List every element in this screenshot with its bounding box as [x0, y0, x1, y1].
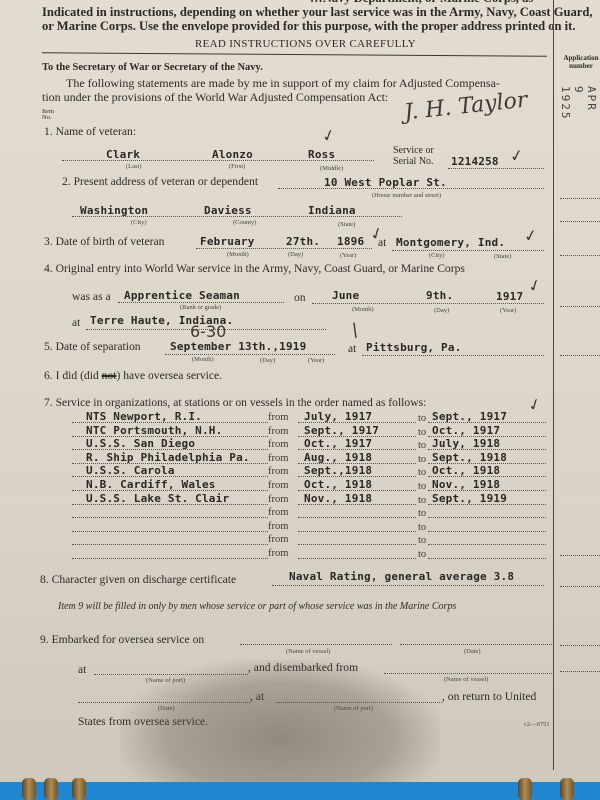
serial-number: 1214258	[451, 155, 499, 168]
service-to: Oct., 1917	[432, 424, 500, 437]
caption: (Year)	[340, 252, 356, 259]
address-state: Indiana	[308, 204, 356, 217]
birth-month: February	[200, 235, 255, 248]
from-line	[298, 558, 416, 559]
birth-place: Montgomery, Ind.	[396, 236, 505, 249]
service-place: N.B. Cardiff, Wales	[86, 478, 216, 491]
on-text: on	[294, 291, 306, 304]
item-6-before: 6. I did (did	[44, 369, 102, 382]
return-text: , on return to United	[442, 690, 536, 703]
service-row: R. Ship Philadelphia Pa.fromAug., 1918to…	[72, 451, 546, 465]
from-label: from	[268, 412, 288, 423]
service-row: fromto	[72, 519, 546, 533]
birth-place-line	[392, 250, 544, 251]
from-label: from	[268, 426, 288, 437]
item-4-label: 4. Original entry into World War service…	[44, 262, 465, 275]
caption: (Year)	[500, 307, 516, 314]
salutation: To the Secretary of War or Secretary of …	[42, 62, 263, 73]
service-from: July, 1917	[304, 410, 372, 423]
from-label: from	[268, 507, 288, 518]
instructions-heading: READ INSTRUCTIONS OVER CAREFULLY	[195, 38, 416, 50]
application-number-label: Application number	[560, 54, 600, 70]
service-row: fromto	[72, 546, 546, 560]
binder-ring	[22, 778, 36, 800]
to-label: to	[418, 549, 426, 560]
street-caption: (House number and street)	[372, 192, 441, 199]
caption: (Name of vessel)	[444, 676, 488, 683]
to-label: to	[418, 440, 426, 451]
rank-line	[118, 302, 284, 303]
state-caption: (State)	[338, 221, 355, 228]
separation-place: Pittsburg, Pa.	[366, 341, 462, 354]
birth-day: 27th.	[286, 235, 320, 248]
item-6-after: ) have oversea service.	[116, 369, 222, 382]
item-3-label: 3. Date of birth of veteran	[44, 235, 164, 248]
last-caption: (Last)	[126, 163, 142, 170]
to-label: to	[418, 508, 426, 519]
right-margin-rule	[553, 0, 554, 770]
margin-line	[560, 355, 600, 356]
margin-line	[560, 306, 600, 307]
to-label: to	[418, 427, 426, 438]
service-to: Nov., 1918	[432, 478, 500, 491]
to-line	[428, 558, 546, 559]
service-from: Sept., 1917	[304, 424, 379, 437]
place-line	[72, 558, 268, 559]
service-to: July, 1918	[432, 437, 500, 450]
discharge-character: Naval Rating, general average 3.8	[289, 570, 514, 583]
separation-date: September 13th.,1919	[170, 340, 306, 353]
was-as-text: was as a	[72, 290, 111, 303]
service-place: U.S.S. Carola	[86, 464, 175, 477]
service-from: Oct., 1918	[304, 478, 372, 491]
serial-label-2: Serial No.	[393, 156, 434, 167]
from-label: from	[268, 466, 288, 477]
service-row: NTS Newport, R.I.fromJuly, 1917toSept., …	[72, 410, 546, 424]
item-2-label: 2. Present address of veteran or depende…	[62, 175, 258, 188]
photo-shadow	[120, 660, 440, 790]
binder-ring	[44, 778, 58, 800]
caption: (Date)	[464, 648, 481, 655]
item-9-at: at	[78, 663, 86, 676]
margin-line	[560, 555, 600, 556]
service-place: NTC Portsmouth, N.H.	[86, 424, 222, 437]
service-to: Sept., 1918	[432, 451, 507, 464]
received-date-stamp: APR 9 1925	[559, 86, 598, 120]
caption: (City)	[429, 252, 445, 259]
item-9-note: Item 9 will be filled in only by men who…	[58, 601, 456, 612]
margin-line	[560, 671, 600, 672]
from-label: from	[268, 521, 288, 532]
item-5-label: 5. Date of separation	[44, 340, 141, 353]
from-label: from	[268, 439, 288, 450]
service-row: U.S.S. Lake St. ClairfromNov., 1918toSep…	[72, 492, 546, 506]
header-line-2: or Marine Corps. Use the envelope provid…	[42, 19, 576, 34]
margin-line	[560, 221, 600, 222]
service-place: NTS Newport, R.I.	[86, 410, 202, 423]
to-label: to	[418, 522, 426, 533]
birth-date-line	[196, 248, 372, 249]
struck-word: not	[102, 369, 117, 382]
date-line	[400, 644, 554, 645]
margin-line	[560, 645, 600, 646]
county-caption: (County)	[233, 219, 256, 226]
caption: (Rank or grade)	[180, 304, 221, 311]
caption: (Name of vessel)	[286, 648, 330, 655]
caption: (Day)	[260, 357, 275, 364]
item-7-label: 7. Service in organizations, at stations…	[44, 396, 426, 409]
binder-ring	[518, 778, 532, 800]
middle-caption: (Middle)	[320, 165, 343, 172]
caption: (Month)	[227, 251, 249, 258]
service-from: Oct., 1917	[304, 437, 372, 450]
to-label: to	[418, 454, 426, 465]
address-county: Daviess	[204, 204, 252, 217]
entry-at: at	[72, 316, 80, 329]
separation-at: at	[348, 342, 356, 355]
service-from: Sept.,1918	[304, 464, 372, 477]
caption: (State)	[494, 253, 511, 260]
service-place: R. Ship Philadelphia Pa.	[86, 451, 250, 464]
form-number: c2—6751	[524, 721, 550, 728]
item-no-label: Item No.	[42, 109, 56, 121]
caption: (Month)	[192, 356, 214, 363]
veteran-first-name: Alonzo	[212, 148, 253, 161]
to-label: to	[418, 413, 426, 424]
service-place: U.S.S. San Diego	[86, 437, 195, 450]
service-row: fromto	[72, 532, 546, 546]
entry-year: 1917	[496, 290, 523, 303]
from-label: from	[268, 494, 288, 505]
service-row: N.B. Cardiff, WalesfromOct., 1918toNov.,…	[72, 478, 546, 492]
birth-year: 1896	[337, 235, 364, 248]
character-line	[272, 585, 544, 586]
intro-paragraph-line-2: tion under the provisions of the World W…	[42, 90, 388, 105]
margin-line	[560, 198, 600, 199]
from-label: from	[268, 480, 288, 491]
separation-date-line	[165, 354, 335, 355]
service-to: Oct., 1918	[432, 464, 500, 477]
intro-paragraph-line-1: The following statements are made by me …	[66, 76, 500, 91]
caption: (Year)	[308, 357, 324, 364]
from-label: from	[268, 548, 288, 559]
item-9-label: 9. Embarked for oversea service on	[40, 633, 204, 646]
entry-date-line	[312, 303, 544, 304]
service-to: Sept., 1917	[432, 410, 507, 423]
veteran-last-name: Clark	[106, 148, 140, 161]
caption: (Day)	[288, 251, 303, 258]
item-8-label: 8. Character given on discharge certific…	[40, 573, 236, 586]
service-to: Sept., 1919	[432, 492, 507, 505]
entry-month: June	[332, 289, 359, 302]
to-label: to	[418, 467, 426, 478]
city-caption: (City)	[131, 219, 147, 226]
binder-ring	[72, 778, 86, 800]
item-1-label: 1. Name of veteran:	[44, 125, 136, 138]
margin-line	[560, 255, 600, 256]
margin-line	[560, 586, 600, 587]
to-label: to	[418, 495, 426, 506]
first-caption: (First)	[229, 163, 245, 170]
service-row: U.S.S. San DiegofromOct., 1917toJuly, 19…	[72, 437, 546, 451]
service-row: fromto	[72, 505, 546, 519]
to-label: to	[418, 535, 426, 546]
binder-background	[0, 782, 600, 800]
entry-day: 9th.	[426, 289, 453, 302]
from-label: from	[268, 453, 288, 464]
service-place: U.S.S. Lake St. Clair	[86, 492, 229, 505]
caption: (Month)	[352, 306, 374, 313]
service-row: NTC Portsmouth, N.H.fromSept., 1917toOct…	[72, 424, 546, 438]
vessel-line	[240, 644, 392, 645]
from-label: from	[268, 534, 288, 545]
header-line-1: Indicated in instructions, depending on …	[42, 5, 593, 20]
separation-place-line	[362, 355, 544, 356]
serial-line	[448, 168, 544, 169]
service-from: Aug., 1918	[304, 451, 372, 464]
serial-label-1: Service or	[393, 145, 434, 156]
binder-ring	[560, 778, 574, 800]
address-city: Washington	[80, 204, 148, 217]
veteran-middle-name: Ross	[308, 148, 335, 161]
to-label: to	[418, 481, 426, 492]
address-street: 10 West Poplar St.	[324, 176, 447, 189]
caption: (Day)	[434, 307, 449, 314]
item-6-text: 6. I did (did not) have oversea service.	[44, 369, 222, 382]
handwritten-note: 6-30	[190, 322, 226, 341]
service-from: Nov., 1918	[304, 492, 372, 505]
entry-rank: Apprentice Seaman	[124, 289, 240, 302]
service-row: U.S.S. CarolafromSept.,1918toOct., 1918	[72, 464, 546, 478]
